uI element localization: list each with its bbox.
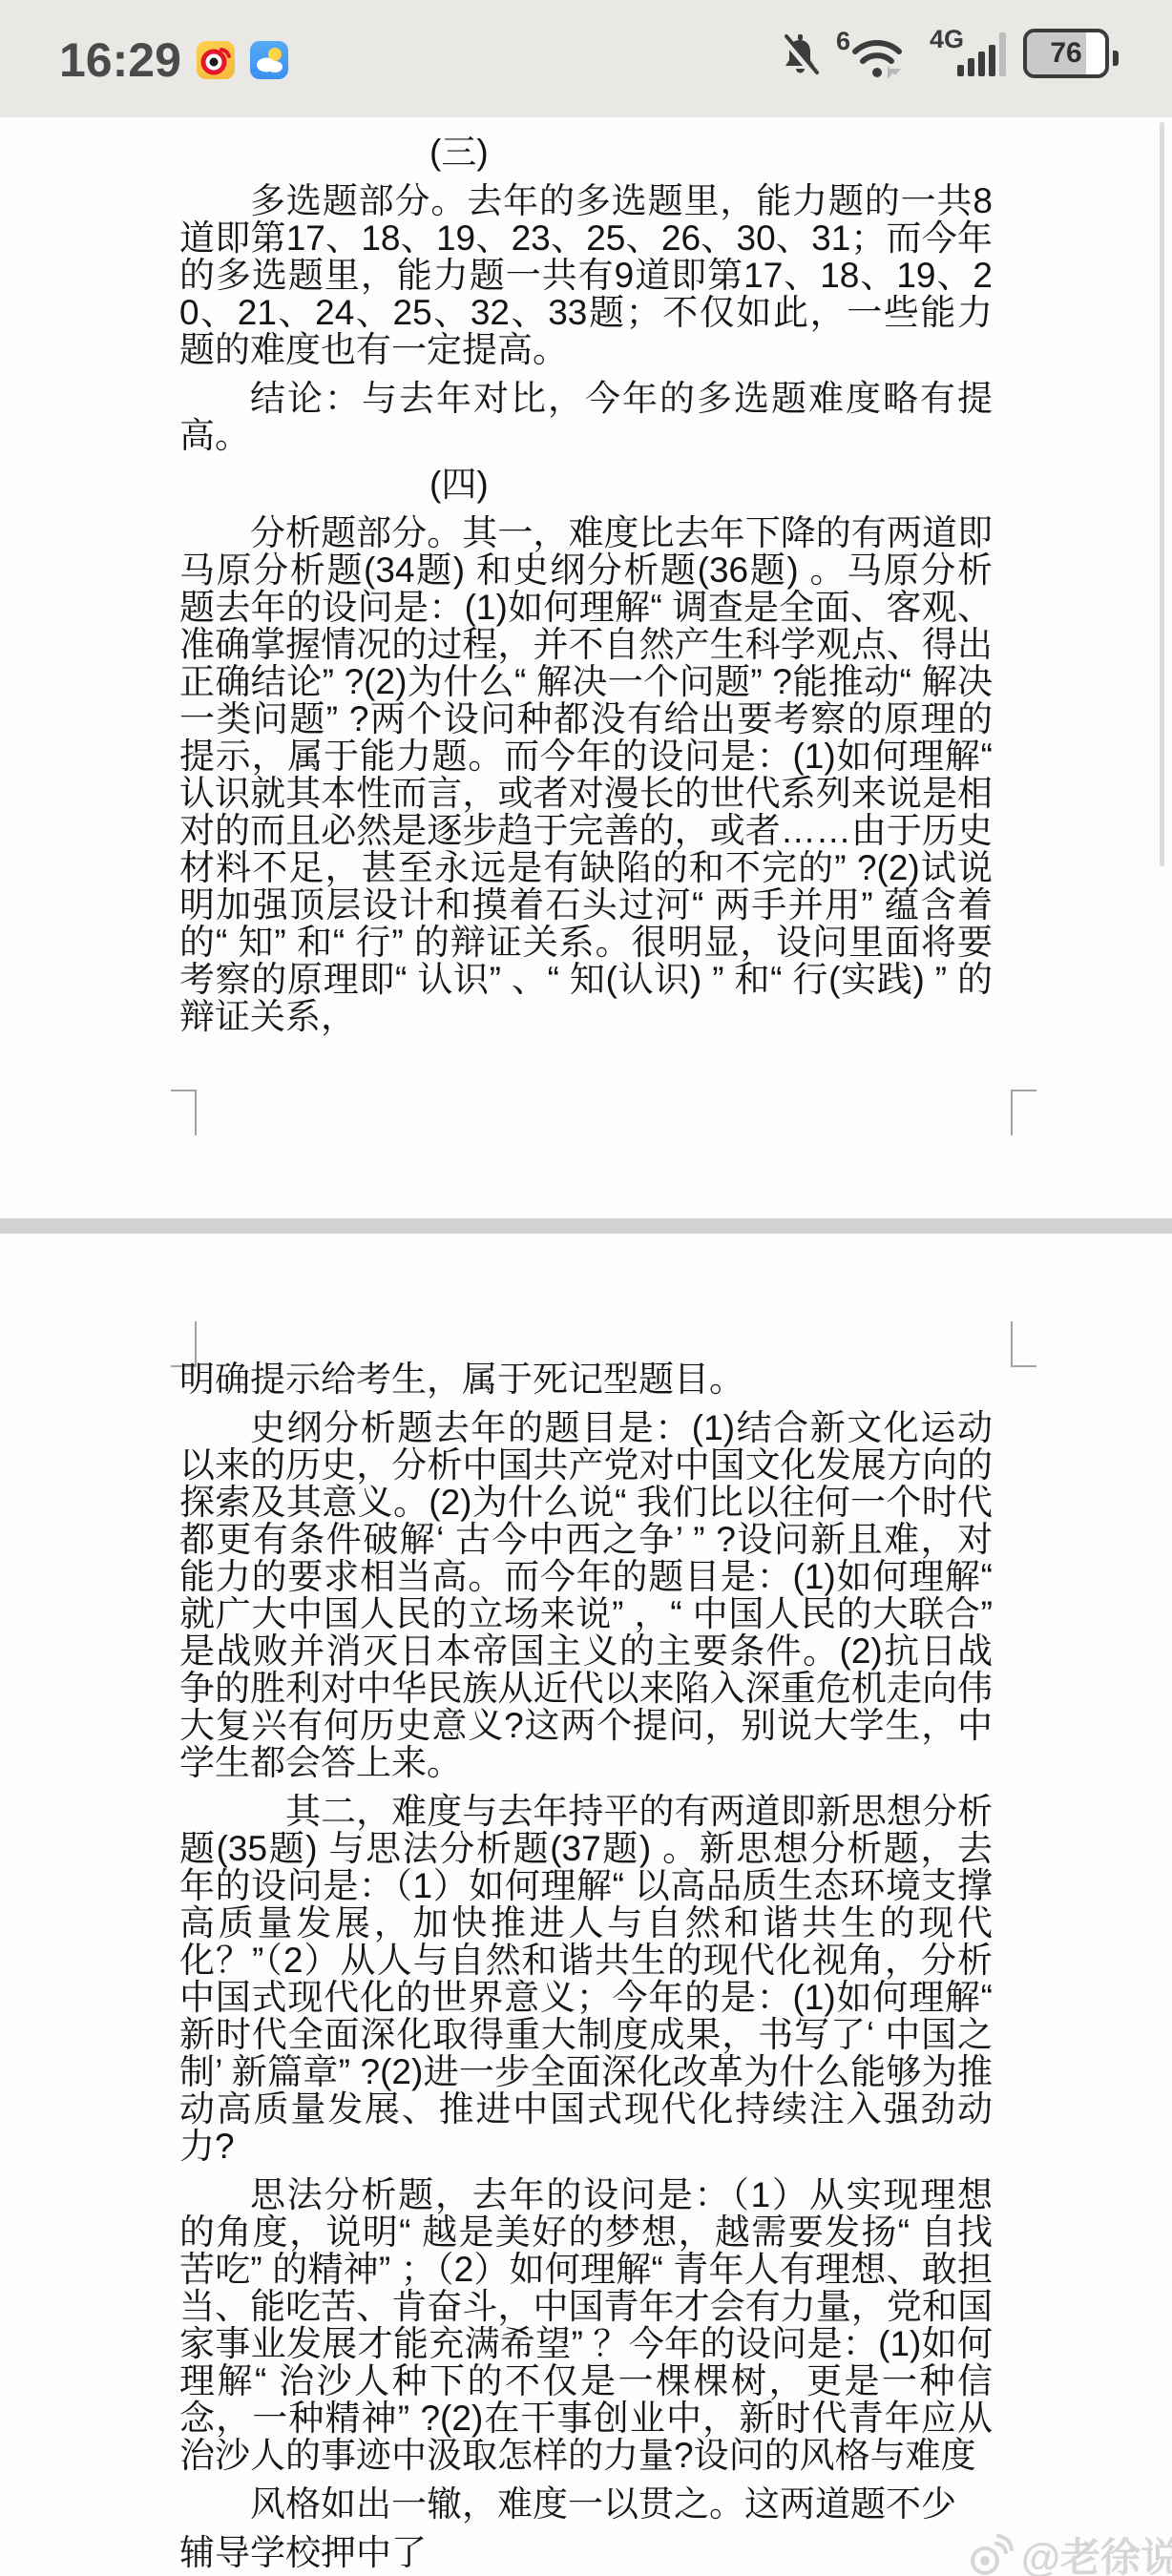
battery-tip — [1113, 51, 1119, 66]
paragraph: 史纲分析题去年的题目是：(1)结合新文化运动以来的历史，分析中国共产党对中国文化… — [179, 1409, 993, 1781]
paragraph: 结论：与去年对比，今年的多选题难度略有提高。 — [179, 380, 993, 454]
weibo-app-icon — [197, 41, 235, 79]
section-heading-4: (四) — [179, 466, 993, 503]
wifi-status: 6 — [838, 31, 912, 80]
page-break-separator — [0, 1218, 1172, 1234]
signal-bars-icon — [957, 32, 1006, 76]
document-page-1: (三) 多选题部分。去年的多选题里，能力题的一共8道即第17、18、19、23、… — [179, 134, 993, 1047]
phone-screen: 16:29 — [0, 0, 1172, 2576]
clock-label: 16:29 — [59, 32, 181, 88]
scrollbar-thumb[interactable] — [1160, 122, 1164, 866]
status-bar-left: 16:29 — [59, 32, 288, 88]
watermark: @老徐说道 — [966, 2526, 1172, 2576]
page1-bottom-right-margin-mark — [1011, 1090, 1036, 1135]
paragraph-continuation: 明确提示给考生，属于死记型题目。 — [179, 1361, 993, 1398]
notifications-muted-bell-icon — [779, 32, 821, 80]
paragraph: 风格如出一辙，难度一以贯之。这两道题不少 — [179, 2485, 993, 2523]
weather-app-icon — [250, 41, 288, 79]
page2-top-right-margin-mark — [1011, 1321, 1036, 1367]
document-page-2: 明确提示给考生，属于死记型题目。 史纲分析题去年的题目是：(1)结合新文化运动以… — [179, 1361, 993, 2576]
weibo-eye-icon — [197, 41, 235, 79]
paragraph: 其二，难度与去年持平的有两道即新思想分析题(35题) 与思法分析题(37题) 。… — [179, 1793, 993, 2165]
status-bar: 16:29 — [0, 0, 1172, 117]
battery-percent-label: 76 — [1027, 32, 1105, 74]
weibo-logo-icon — [966, 2532, 1015, 2576]
paragraph-clipped-bottom: 辅导学校押中了 — [179, 2534, 993, 2571]
battery-icon: 76 — [1023, 29, 1109, 78]
section-heading-3: (三) — [179, 134, 993, 171]
paragraph: 分析题部分。其一，难度比去年下降的有两道即马原分析题(34题) 和史纲分析题(3… — [179, 514, 993, 1035]
sun-cloud-icon — [250, 41, 288, 79]
watermark-handle: @老徐说道 — [1021, 2526, 1172, 2576]
page1-bottom-left-margin-mark — [171, 1090, 197, 1135]
cellular-status: 4G — [930, 29, 1006, 80]
paragraph: 思法分析题，去年的设问是：（1）从实现理想的角度，说明“ 越是美好的梦想，越需要… — [179, 2176, 993, 2474]
wifi6-label: 6 — [836, 27, 850, 56]
status-bar-right: 6 4G — [779, 29, 1119, 80]
paragraph: 多选题部分。去年的多选题里，能力题的一共8道即第17、18、19、23、25、2… — [179, 182, 993, 368]
